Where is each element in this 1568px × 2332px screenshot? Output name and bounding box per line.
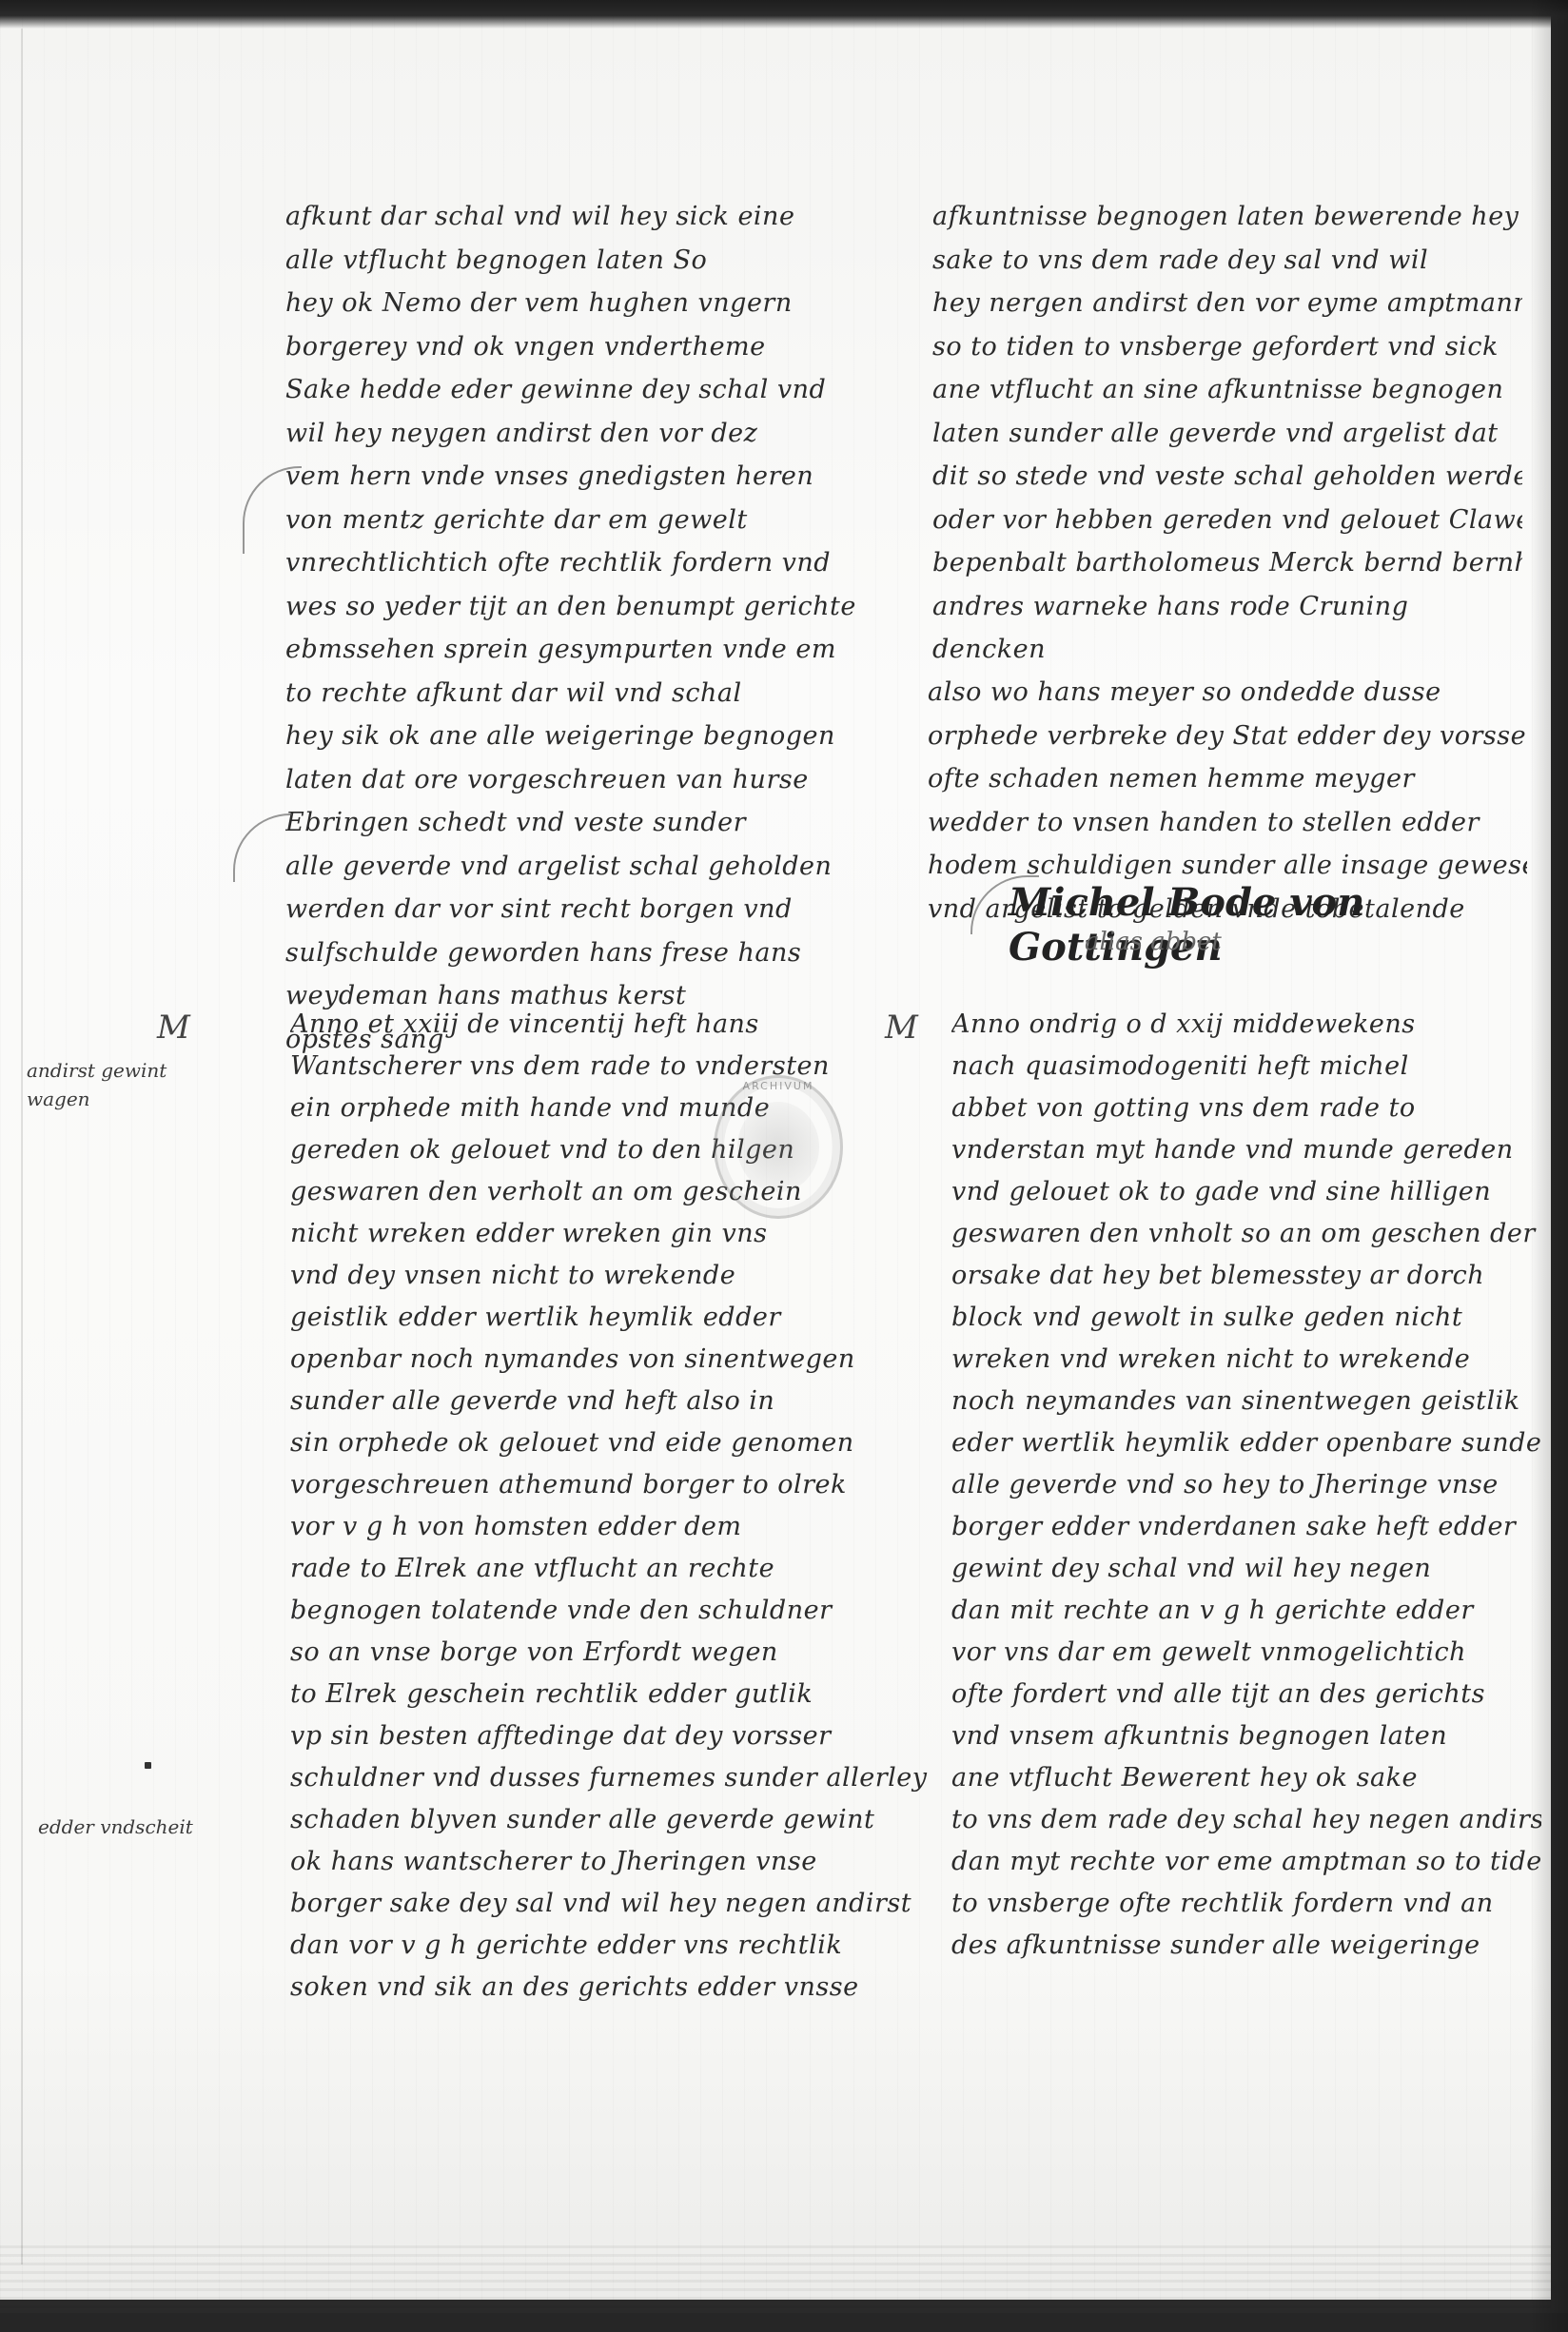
right-column-top-text: afkuntnisse begnogen laten bewerende hey… xyxy=(932,195,1522,672)
manuscript-line: geswaren den vnholt so an om geschen der xyxy=(951,1213,1541,1255)
manuscript-line: sake to vns dem rade dey sal vnd wil xyxy=(932,239,1522,283)
manuscript-line: Anno ondrig o d xxij middewekens xyxy=(951,1004,1541,1046)
margin-note-1: andirst gewint wagen xyxy=(27,1056,207,1113)
manuscript-line: geistlik edder wertlik heymlik edder xyxy=(290,1297,928,1339)
manuscript-line: sulfschulde geworden hans frese hans xyxy=(285,931,875,975)
manuscript-line: von mentz gerichte dar em gewelt xyxy=(285,499,875,542)
manuscript-line: wes so yeder tijt an den benumpt gericht… xyxy=(285,585,875,629)
manuscript-line: dan myt rechte vor eme amptman so to tid… xyxy=(951,1841,1541,1883)
manuscript-line: to rechte afkunt dar wil vnd schal xyxy=(285,672,875,715)
stamp-text: ARCHIVUM xyxy=(716,1080,840,1092)
manuscript-line: hey ok Nemo der vem hughen vngern xyxy=(285,282,875,325)
manuscript-line: ane vtflucht an sine afkuntnisse begnoge… xyxy=(932,368,1522,412)
manuscript-line: vp sin besten afftedinge dat dey vorsser xyxy=(290,1715,928,1757)
manuscript-line: borger edder vnderdanen sake heft edder xyxy=(951,1506,1541,1548)
ink-spot xyxy=(145,1762,151,1769)
manuscript-line: openbar noch nymandes von sinentwegen xyxy=(290,1339,928,1381)
manuscript-line: rade to Elrek ane vtflucht an rechte xyxy=(290,1548,928,1590)
manuscript-line: gewint dey schal vnd wil hey negen xyxy=(951,1548,1541,1590)
manuscript-line: vnd gelouet ok to gade vnd sine hilligen xyxy=(951,1171,1541,1213)
manuscript-line: andres warneke hans rode Cruning xyxy=(932,585,1522,629)
manuscript-line: vor v g h von homsten edder dem xyxy=(290,1506,928,1548)
manuscript-line: afkuntnisse begnogen laten bewerende hey… xyxy=(932,195,1522,239)
manuscript-line: wil hey neygen andirst den vor dez xyxy=(285,412,875,456)
manuscript-line: ofte fordert vnd alle tijt an des gerich… xyxy=(951,1674,1541,1715)
manuscript-line: schuldner vnd dusses furnemes sunder all… xyxy=(290,1757,928,1799)
manuscript-line: dencken xyxy=(932,628,1522,672)
manuscript-line: Anno et xxiij de vincentij heft hans xyxy=(290,1004,928,1046)
margin-mark-left: M xyxy=(157,1009,190,1047)
manuscript-line: vorgeschreuen athemund borger to olrek xyxy=(290,1464,928,1506)
page-bottom-edge xyxy=(0,2313,1568,2332)
manuscript-line: vnderstan myt hande vnd munde gereden xyxy=(951,1129,1541,1171)
manuscript-line: ebmssehen sprein gesympurten vnde em xyxy=(285,628,875,672)
manuscript-line: laten sunder alle geverde vnd argelist d… xyxy=(932,412,1522,456)
archive-seal-stamp-icon: ARCHIVUM xyxy=(714,1075,843,1219)
manuscript-line: noch neymandes van sinentwegen geistlik xyxy=(951,1381,1541,1422)
manuscript-line: Ebringen schedt vnd veste sunder xyxy=(285,801,875,845)
manuscript-line: werden dar vor sint recht borgen vnd xyxy=(285,888,875,931)
manuscript-line: begnogen tolatende vnde den schuldner xyxy=(290,1590,928,1632)
manuscript-line: schaden blyven sunder alle geverde gewin… xyxy=(290,1799,928,1841)
manuscript-line: bepenbalt bartholomeus Merck bernd bernh… xyxy=(932,541,1522,585)
manuscript-line: so to tiden to vnsberge gefordert vnd si… xyxy=(932,325,1522,369)
manuscript-line: also wo hans meyer so ondedde dusse xyxy=(928,671,1527,715)
manuscript-line: alle geverde vnd argelist schal geholden xyxy=(285,845,875,889)
manuscript-line: so an vnse borge von Erfordt wegen xyxy=(290,1632,928,1674)
margin-note-2: edder vndscheit xyxy=(38,1813,247,1841)
manuscript-line: nach quasimodogeniti heft michel xyxy=(951,1046,1541,1088)
manuscript-line: alle vtflucht begnogen laten So xyxy=(285,239,875,283)
manuscript-line: vnd dey vnsen nicht to wrekende xyxy=(290,1255,928,1297)
manuscript-line: sunder alle geverde vnd heft also in xyxy=(290,1381,928,1422)
manuscript-line: vnd vnsem afkuntnis begnogen laten xyxy=(951,1715,1541,1757)
stamp-lion-emblem-icon xyxy=(737,1102,819,1192)
manuscript-line: oder vor hebben gereden vnd gelouet Claw… xyxy=(932,499,1522,542)
manuscript-line: ofte schaden nemen hemme meyger xyxy=(928,757,1527,801)
manuscript-line: dit so stede vnd veste schal geholden we… xyxy=(932,455,1522,499)
manuscript-line: to Elrek geschein rechtlik edder gutlik xyxy=(290,1674,928,1715)
manuscript-line: dan vor v g h gerichte edder vns rechtli… xyxy=(290,1925,928,1967)
manuscript-line: afkunt dar schal vnd wil hey sick eine xyxy=(285,195,875,239)
manuscript-line: nicht wreken edder wreken gin vns xyxy=(290,1213,928,1255)
page-water-stain xyxy=(0,2245,1551,2312)
right-column-bottom-text: Anno ondrig o d xxij middewekensnach qua… xyxy=(951,1004,1541,1967)
page-left-edge xyxy=(4,29,23,2264)
manuscript-line: to vnsberge ofte rechtlik fordern vnd an xyxy=(951,1883,1541,1925)
manuscript-line: orsake dat hey bet blemesstey ar dorch xyxy=(951,1255,1541,1297)
manuscript-line: vor vns dar em gewelt vnmogelichtich xyxy=(951,1632,1541,1674)
page-top-edge xyxy=(0,0,1568,29)
manuscript-line: to vns dem rade dey schal hey negen andi… xyxy=(951,1799,1541,1841)
manuscript-line: orphede verbreke dey Stat edder dey vors… xyxy=(928,715,1527,758)
manuscript-line: block vnd gewolt in sulke geden nicht xyxy=(951,1297,1541,1339)
manuscript-line: vnrechtlichtich ofte rechtlik fordern vn… xyxy=(285,541,875,585)
manuscript-line: laten dat ore vorgeschreuen van hurse xyxy=(285,758,875,802)
manuscript-line: soken vnd sik an des gerichts edder vnss… xyxy=(290,1967,928,2009)
margin-mark-right: M xyxy=(885,1009,918,1047)
manuscript-line: ane vtflucht Bewerent hey ok sake xyxy=(951,1757,1541,1799)
left-column-top-text: afkunt dar schal vnd wil hey sick eineal… xyxy=(285,195,875,1061)
manuscript-line: vem hern vnde vnses gnedigsten heren xyxy=(285,455,875,499)
entry-heading-alias: alias abbet xyxy=(1085,928,1222,956)
manuscript-line: alle geverde vnd so hey to Jheringe vnse xyxy=(951,1464,1541,1506)
manuscript-line: wreken vnd wreken nicht to wrekende xyxy=(951,1339,1541,1381)
manuscript-line: borger sake dey sal vnd wil hey negen an… xyxy=(290,1883,928,1925)
manuscript-line: wedder to vnsen handen to stellen edder xyxy=(928,801,1527,845)
manuscript-line: sin orphede ok gelouet vnd eide genomen xyxy=(290,1422,928,1464)
manuscript-line: des afkuntnisse sunder alle weigeringe xyxy=(951,1925,1541,1967)
manuscript-line: hey sik ok ane alle weigeringe begnogen xyxy=(285,715,875,758)
manuscript-line: hey nergen andirst den vor eyme amptmann… xyxy=(932,282,1522,325)
manuscript-line: eder wertlik heymlik edder openbare sund… xyxy=(951,1422,1541,1464)
manuscript-line: abbet von gotting vns dem rade to xyxy=(951,1088,1541,1129)
manuscript-line: dan mit rechte an v g h gerichte edder xyxy=(951,1590,1541,1632)
manuscript-line: Sake hedde eder gewinne dey schal vnd xyxy=(285,368,875,412)
manuscript-line: ok hans wantscherer to Jheringen vnse xyxy=(290,1841,928,1883)
manuscript-line: borgerey vnd ok vngen vndertheme xyxy=(285,325,875,369)
